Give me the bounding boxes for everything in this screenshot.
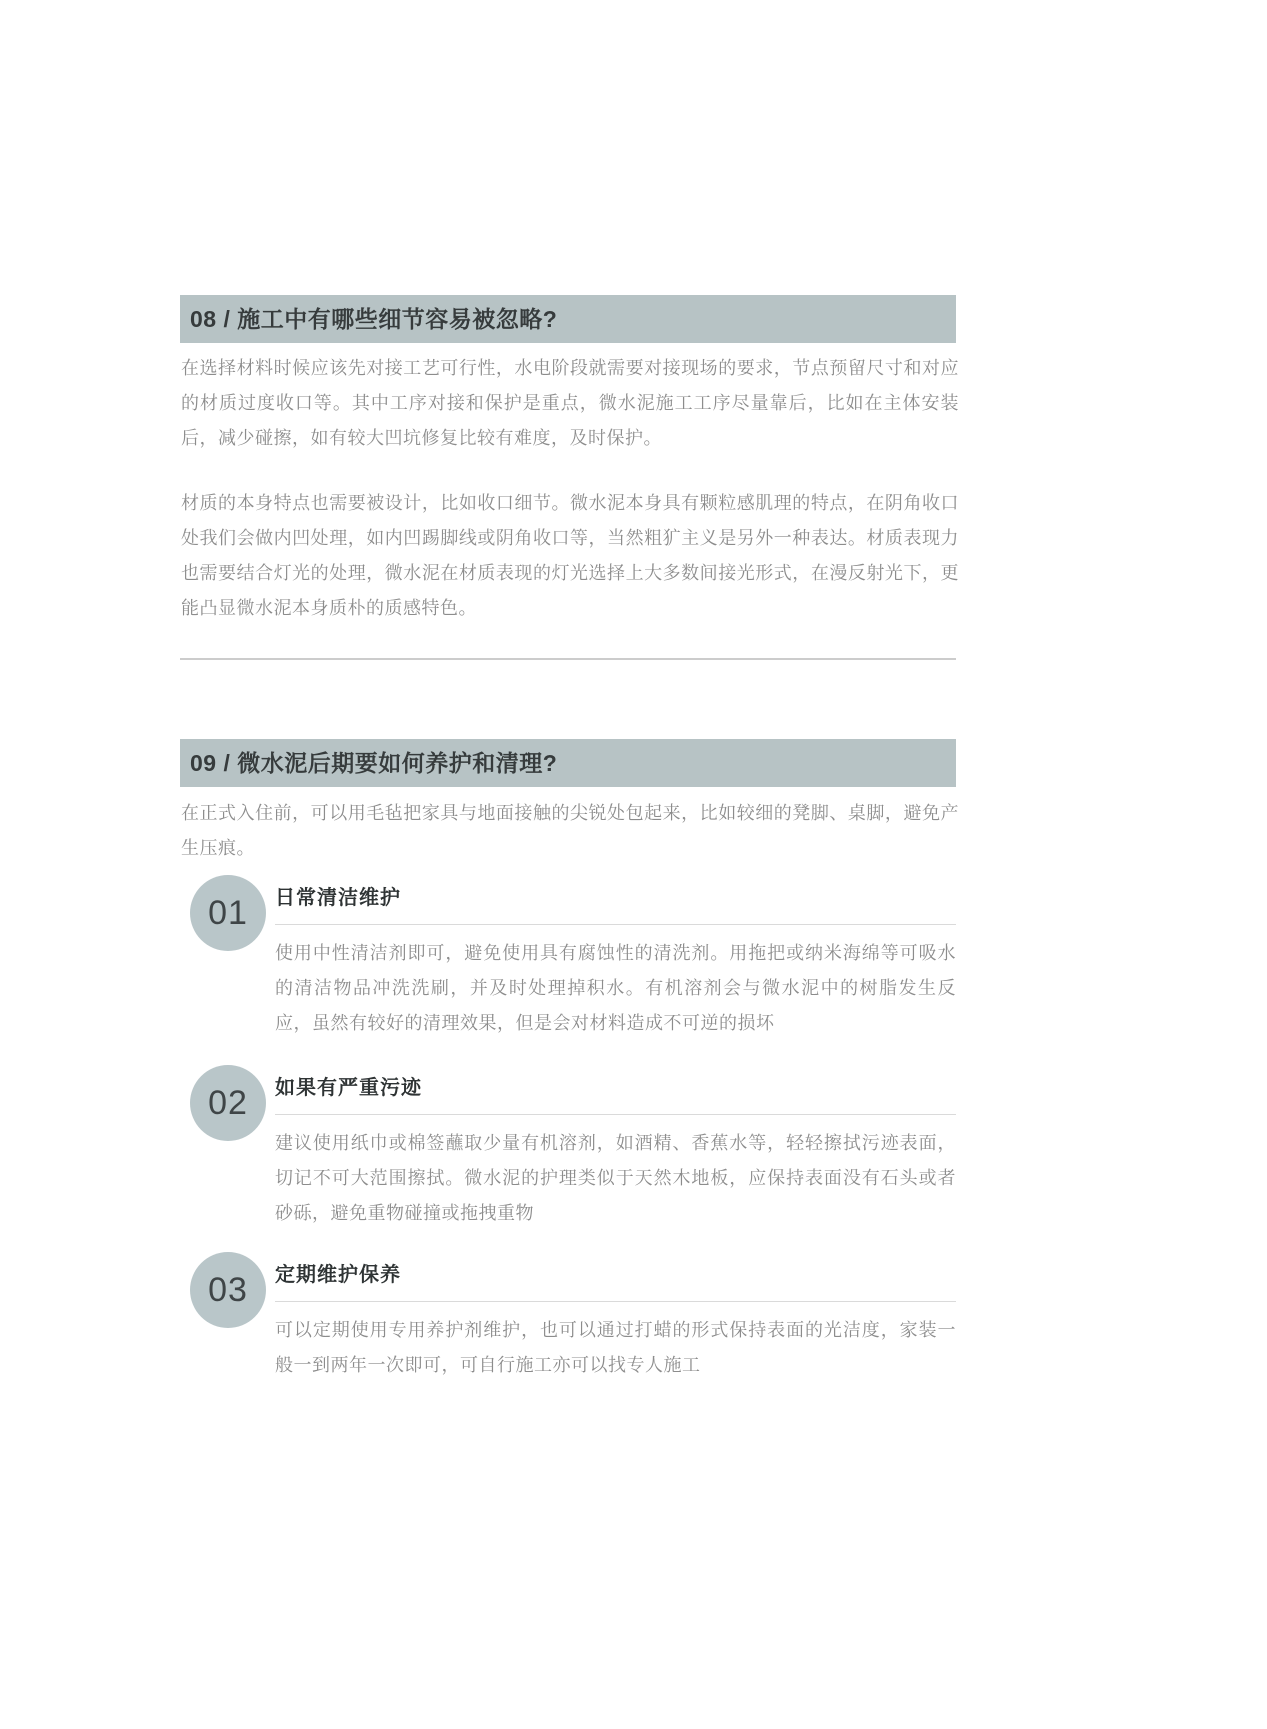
item-3-title: 定期维护保养 (275, 1252, 956, 1287)
item-2-number-badge: 02 (190, 1065, 266, 1141)
section-08-paragraph-1: 在选择材料时候应该先对接工艺可行性，水电阶段就需要对接现场的要求，节点预留尺寸和… (181, 351, 959, 456)
item-3-number-badge: 03 (190, 1252, 266, 1328)
item-2-body: 建议使用纸巾或棉签蘸取少量有机溶剂，如酒精、香蕉水等，轻轻擦拭污迹表面，切记不可… (275, 1126, 956, 1231)
section-divider-line (180, 658, 956, 660)
item-2-rule-line (275, 1114, 956, 1115)
item-1-title: 日常清洁维护 (275, 875, 956, 910)
item-1-number: 01 (208, 894, 248, 933)
item-1-content: 日常清洁维护 使用中性清洁剂即可，避免使用具有腐蚀性的清洗剂。用拖把或纳米海绵等… (275, 875, 956, 1041)
section-08-header-bar: 08 / 施工中有哪些细节容易被忽略? (180, 295, 956, 343)
section-08-paragraph-2: 材质的本身特点也需要被设计，比如收口细节。微水泥本身具有颗粒感肌理的特点，在阴角… (181, 486, 959, 626)
item-1-number-badge: 01 (190, 875, 266, 951)
item-2-content: 如果有严重污迹 建议使用纸巾或棉签蘸取少量有机溶剂，如酒精、香蕉水等，轻轻擦拭污… (275, 1065, 956, 1231)
document-page: 08 / 施工中有哪些细节容易被忽略? 在选择材料时候应该先对接工艺可行性，水电… (0, 0, 1267, 1729)
item-3-rule-line (275, 1301, 956, 1302)
item-2-title: 如果有严重污迹 (275, 1065, 956, 1100)
item-3-body: 可以定期使用专用养护剂维护，也可以通过打蜡的形式保持表面的光洁度，家装一般一到两… (275, 1313, 956, 1383)
item-1-body: 使用中性清洁剂即可，避免使用具有腐蚀性的清洗剂。用拖把或纳米海绵等可吸水的清洁物… (275, 936, 956, 1041)
item-1-rule-line (275, 924, 956, 925)
section-09-header-bar: 09 / 微水泥后期要如何养护和清理? (180, 739, 956, 787)
item-2-number: 02 (208, 1084, 248, 1123)
item-3-content: 定期维护保养 可以定期使用专用养护剂维护，也可以通过打蜡的形式保持表面的光洁度，… (275, 1252, 956, 1383)
section-09-intro-paragraph: 在正式入住前，可以用毛毡把家具与地面接触的尖锐处包起来，比如较细的凳脚、桌脚，避… (181, 796, 959, 866)
item-3-number: 03 (208, 1271, 248, 1310)
